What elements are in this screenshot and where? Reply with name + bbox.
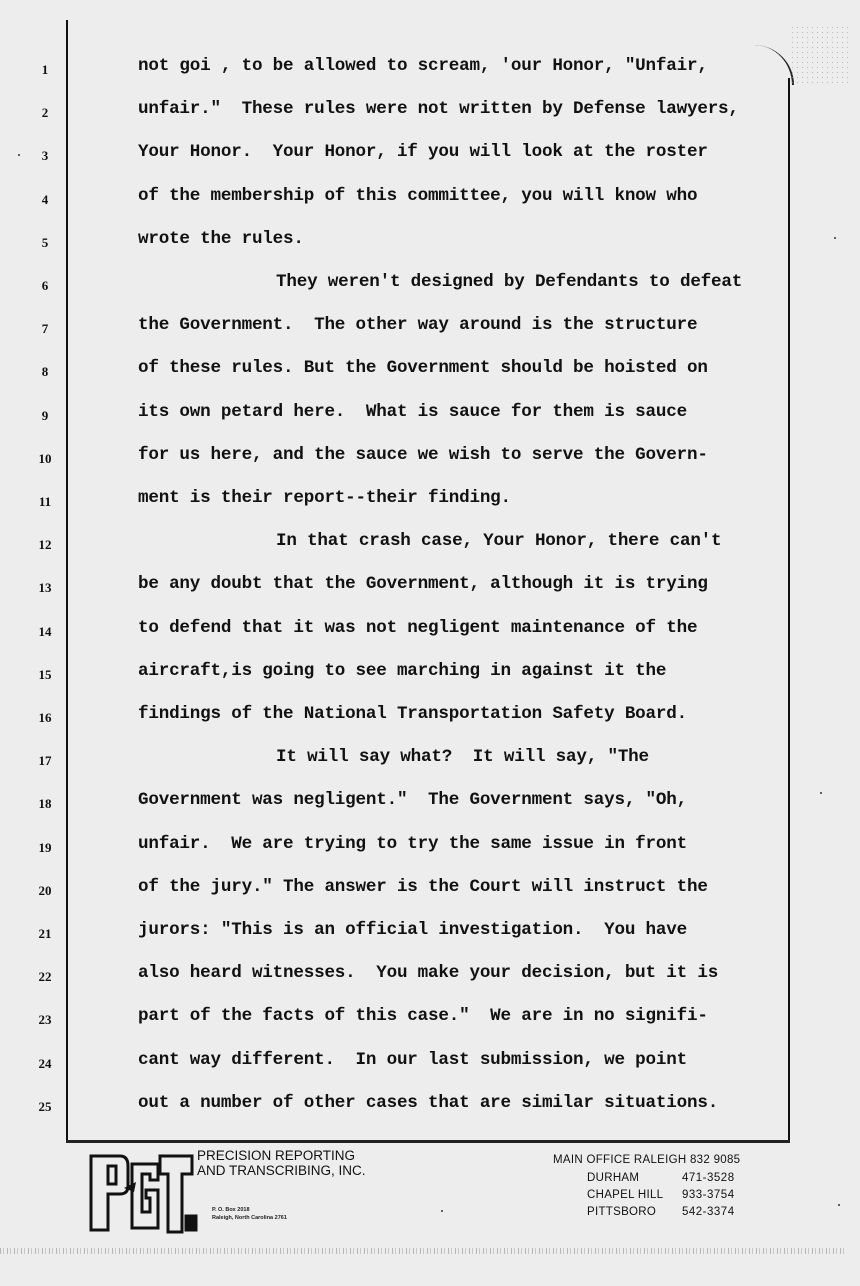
line-text: wrote the rules. <box>138 229 304 249</box>
transcript-line: 17It will say what? It will say, "The <box>0 739 860 782</box>
transcript-line: 23part of the facts of this case." We ar… <box>0 998 860 1041</box>
line-number: 10 <box>34 451 56 467</box>
branch-offices: DURHAM471-3528CHAPEL HILL933-3754PITTSBO… <box>553 1170 740 1221</box>
line-number: 2 <box>34 105 56 121</box>
transcript-line: 19unfair. We are trying to try the same … <box>0 826 860 869</box>
line-text: be any doubt that the Government, althou… <box>138 574 708 594</box>
bottom-margin-rule <box>66 1140 790 1143</box>
office-city: DURHAM <box>587 1170 682 1187</box>
office-row: DURHAM471-3528 <box>587 1170 740 1187</box>
transcript-line: 11ment is their report--their finding. <box>0 480 860 523</box>
company-name: PRECISION REPORTING AND TRANSCRIBING, IN… <box>197 1148 366 1178</box>
scan-edge-noise <box>0 1248 845 1254</box>
line-number: 16 <box>34 710 56 726</box>
line-number: 1 <box>34 62 56 78</box>
pt-logo-icon <box>88 1152 198 1234</box>
line-number: 23 <box>34 1012 56 1028</box>
line-number: 21 <box>34 926 56 942</box>
line-number: 3 <box>34 148 56 164</box>
reporter-footer: PRECISION REPORTING AND TRANSCRIBING, IN… <box>0 1148 860 1238</box>
line-text: cant way different. In our last submissi… <box>138 1050 687 1070</box>
transcript-line: 16findings of the National Transportatio… <box>0 696 860 739</box>
transcript-line: 7the Government. The other way around is… <box>0 307 860 350</box>
transcript-line: 15aircraft,is going to see marching in a… <box>0 653 860 696</box>
line-text: In that crash case, Your Honor, there ca… <box>276 531 721 551</box>
transcript-line: 1not goi , to be allowed to scream, 'our… <box>0 48 860 91</box>
line-number: 22 <box>34 969 56 985</box>
line-number: 8 <box>34 364 56 380</box>
line-text: of the membership of this committee, you… <box>138 186 697 206</box>
transcript-line: 5wrote the rules. <box>0 221 860 264</box>
office-city: CHAPEL HILL <box>587 1187 682 1204</box>
company-line-1: PRECISION REPORTING <box>197 1148 366 1163</box>
line-number: 5 <box>34 235 56 251</box>
office-row: CHAPEL HILL933-3754 <box>587 1187 740 1204</box>
line-text: for us here, and the sauce we wish to se… <box>138 445 708 465</box>
transcript-line: 3Your Honor. Your Honor, if you will loo… <box>0 134 860 177</box>
line-text: unfair." These rules were not written by… <box>138 99 739 119</box>
scan-dot <box>820 792 822 794</box>
line-text: aircraft,is going to see marching in aga… <box>138 661 666 681</box>
line-text: of these rules. But the Government shoul… <box>138 358 708 378</box>
line-number: 11 <box>34 494 56 510</box>
main-office: MAIN OFFICE RALEIGH 832 9085 <box>553 1154 740 1166</box>
line-text: Government was negligent." The Governmen… <box>138 790 687 810</box>
line-text: findings of the National Transportation … <box>138 704 687 724</box>
line-number: 12 <box>34 537 56 553</box>
line-number: 25 <box>34 1099 56 1115</box>
line-number: 20 <box>34 883 56 899</box>
line-text: unfair. We are trying to try the same is… <box>138 834 687 854</box>
line-number: 13 <box>34 580 56 596</box>
transcript-line: 18Government was negligent." The Governm… <box>0 782 860 825</box>
line-number: 6 <box>34 278 56 294</box>
line-number: 7 <box>34 321 56 337</box>
line-text: They weren't designed by Defendants to d… <box>276 272 742 292</box>
office-row: PITTSBORO542-3374 <box>587 1204 740 1221</box>
line-number: 24 <box>34 1056 56 1072</box>
transcript-line: 22also heard witnesses. You make your de… <box>0 955 860 998</box>
line-text: of the jury." The answer is the Court wi… <box>138 877 708 897</box>
scan-dot <box>18 154 20 156</box>
line-text: the Government. The other way around is … <box>138 315 697 335</box>
line-text: also heard witnesses. You make your deci… <box>138 963 718 983</box>
transcript-line: 24cant way different. In our last submis… <box>0 1042 860 1085</box>
transcript-line: 4of the membership of this committee, yo… <box>0 178 860 221</box>
office-phone: 471-3528 <box>682 1170 735 1187</box>
office-phone: 933-3754 <box>682 1187 735 1204</box>
line-number: 17 <box>34 753 56 769</box>
transcript-line: 20of the jury." The answer is the Court … <box>0 869 860 912</box>
transcript-line: 8of these rules. But the Government shou… <box>0 350 860 393</box>
line-text: out a number of other cases that are sim… <box>138 1093 718 1113</box>
transcript-line: 25out a number of other cases that are s… <box>0 1085 860 1128</box>
transcript-line: 6They weren't designed by Defendants to … <box>0 264 860 307</box>
line-number: 19 <box>34 840 56 856</box>
office-list: MAIN OFFICE RALEIGH 832 9085 DURHAM471-3… <box>553 1154 740 1221</box>
transcript-line: 21jurors: "This is an official investiga… <box>0 912 860 955</box>
company-line-2: AND TRANSCRIBING, INC. <box>197 1163 366 1178</box>
transcript-line: 14to defend that it was not negligent ma… <box>0 610 860 653</box>
line-number: 14 <box>34 624 56 640</box>
scan-dot <box>834 237 836 239</box>
transcript-line: 10for us here, and the sauce we wish to … <box>0 437 860 480</box>
line-number: 18 <box>34 796 56 812</box>
transcript-line: 13be any doubt that the Government, alth… <box>0 566 860 609</box>
address-line-2: Raleigh, North Carolina 2761 <box>212 1214 287 1222</box>
transcript-page: 1not goi , to be allowed to scream, 'our… <box>0 0 860 1286</box>
office-phone: 542-3374 <box>682 1204 735 1221</box>
line-number: 9 <box>34 408 56 424</box>
company-address: P. O. Box 2018 Raleigh, North Carolina 2… <box>212 1206 287 1222</box>
line-text: It will say what? It will say, "The <box>276 747 649 767</box>
line-number: 4 <box>34 192 56 208</box>
office-city: PITTSBORO <box>587 1204 682 1221</box>
line-text: not goi , to be allowed to scream, 'our … <box>138 56 708 76</box>
line-text: jurors: "This is an official investigati… <box>138 920 687 940</box>
line-text: part of the facts of this case." We are … <box>138 1006 708 1026</box>
line-text: ment is their report--their finding. <box>138 488 511 508</box>
line-text: Your Honor. Your Honor, if you will look… <box>138 142 708 162</box>
line-number: 15 <box>34 667 56 683</box>
line-text: to defend that it was not negligent main… <box>138 618 697 638</box>
address-line-1: P. O. Box 2018 <box>212 1206 287 1214</box>
transcript-line: 9its own petard here. What is sauce for … <box>0 394 860 437</box>
transcript-line: 12In that crash case, Your Honor, there … <box>0 523 860 566</box>
line-text: its own petard here. What is sauce for t… <box>138 402 687 422</box>
transcript-line: 2unfair." These rules were not written b… <box>0 91 860 134</box>
